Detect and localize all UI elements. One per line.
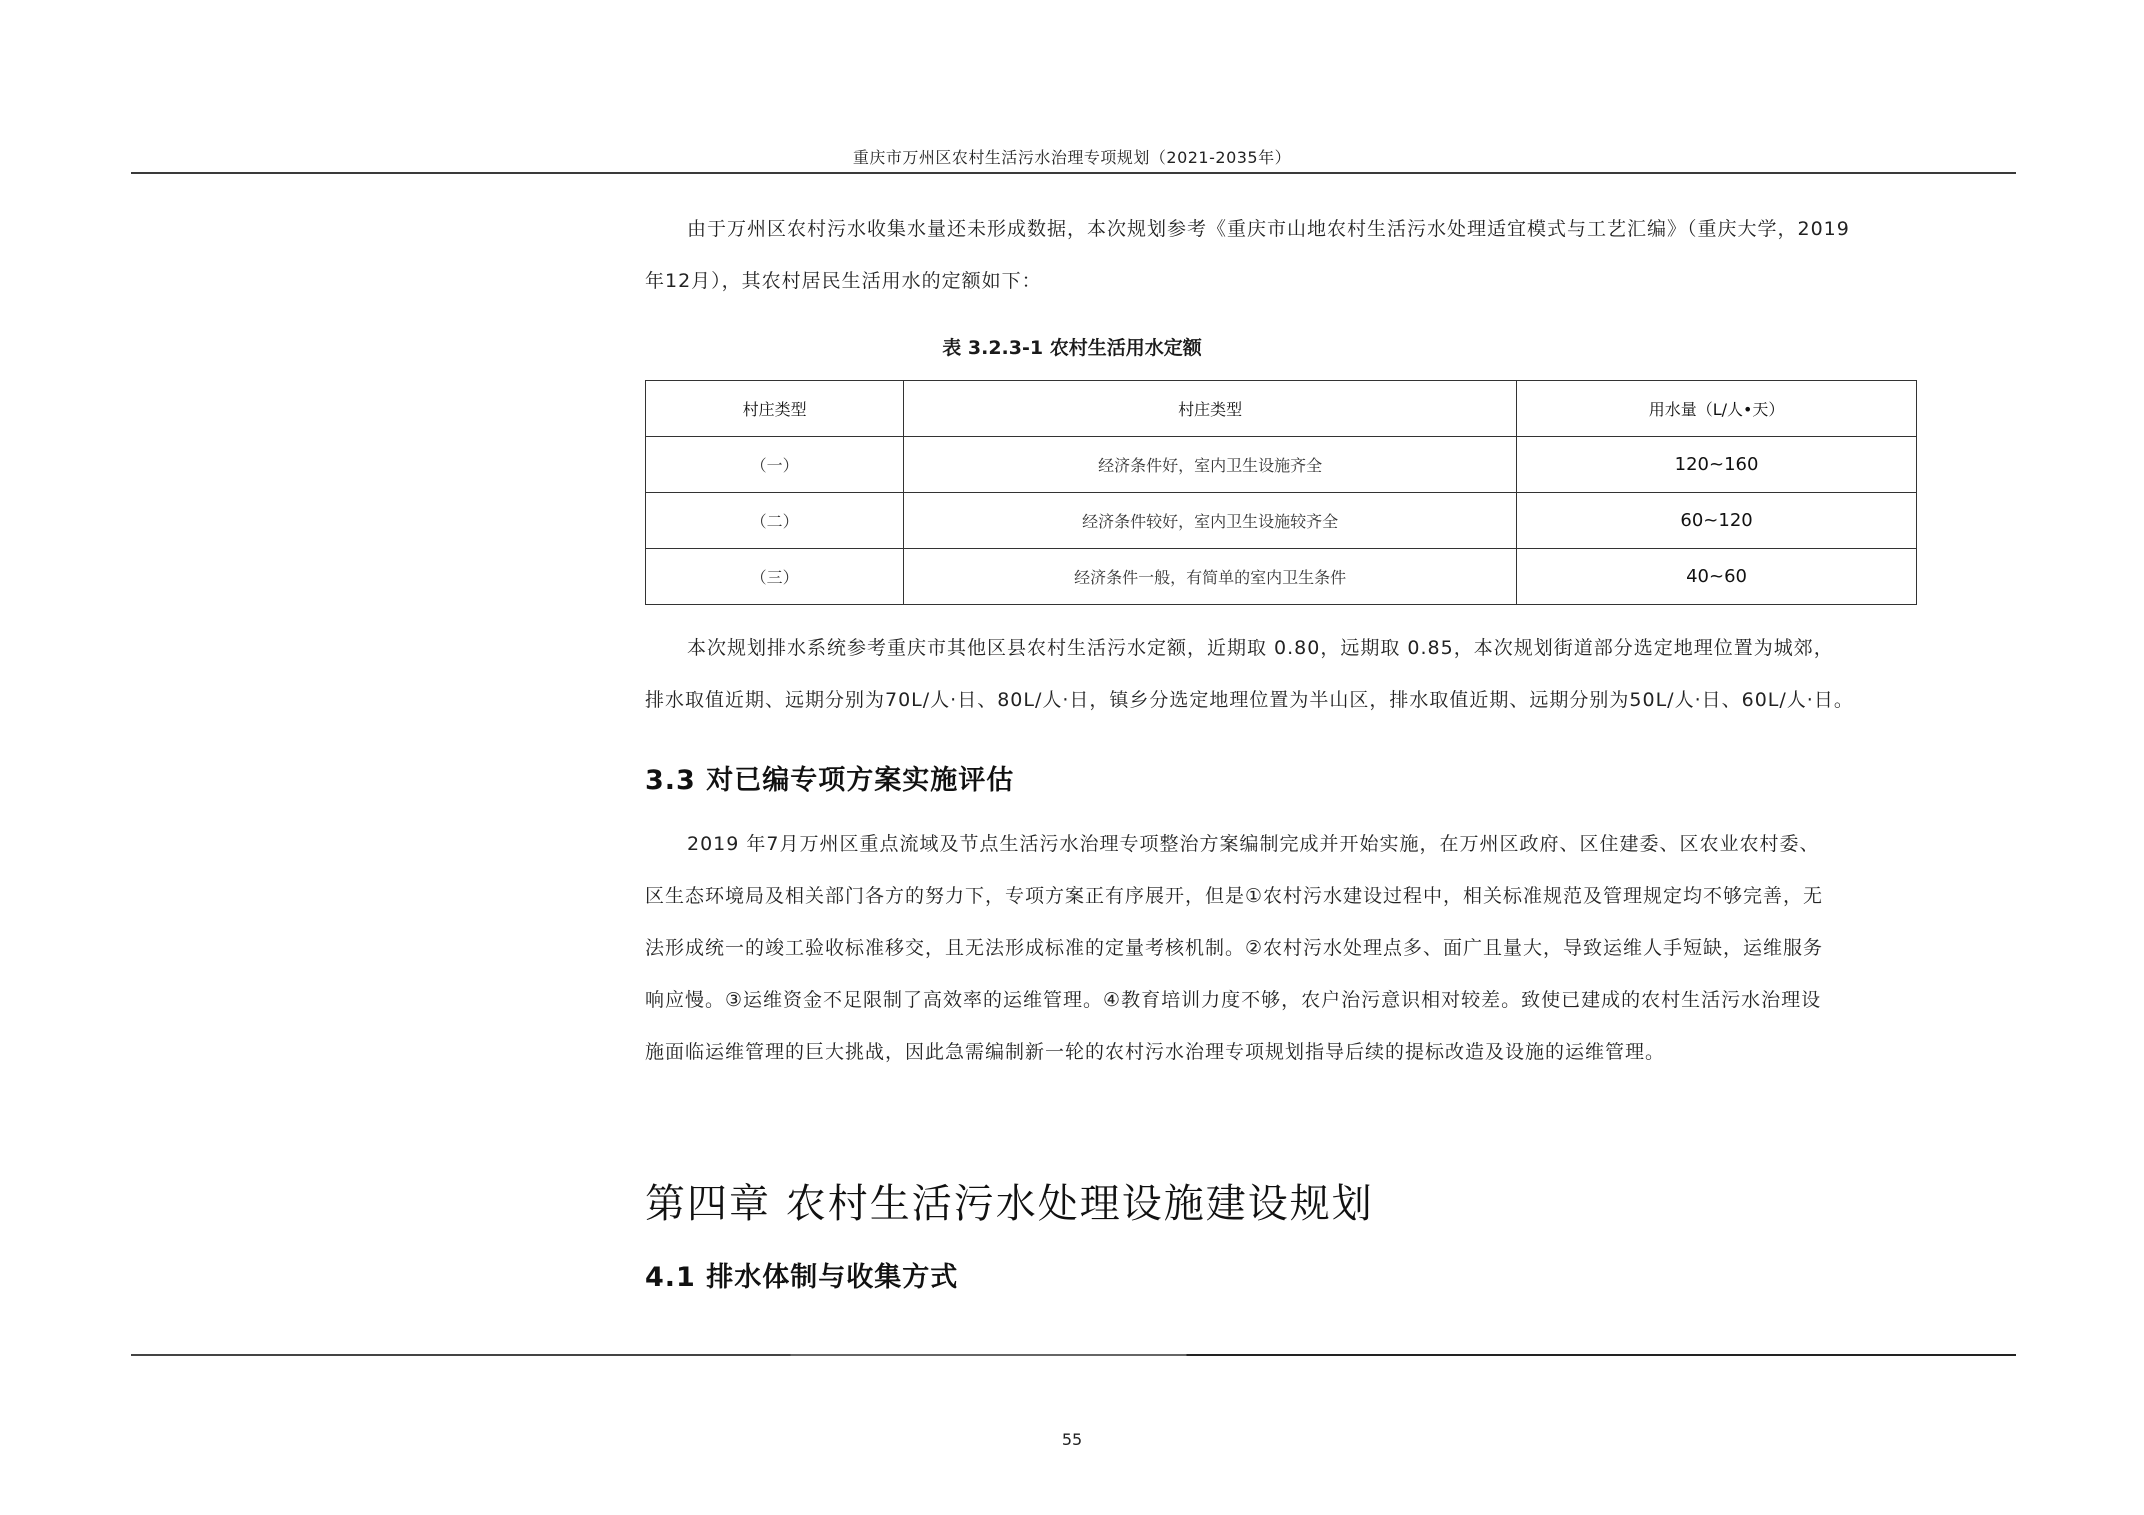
column-header: 村庄类型: [646, 381, 904, 437]
evaluation-paragraph: 2019 年7月万州区重点流域及节点生活污水治理专项整治方案编制完成并开始实施，…: [645, 818, 1917, 1078]
footer-rule: [131, 1354, 2016, 1356]
paragraph-line: 本次规划排水系统参考重庆市其他区县农村生活污水定额，近期取 0.80，远期取 0…: [645, 622, 1917, 674]
paragraph-line: 法形成统一的竣工验收标准移交，且无法形成标准的定量考核机制。②农村污水处理点多、…: [645, 922, 1917, 974]
water-amount-cell: 120~160: [1517, 437, 1917, 493]
page-number: 55: [0, 1430, 2144, 1449]
paragraph-line: 年12月），其农村居民生活用水的定额如下：: [645, 255, 1917, 307]
paragraph-line: 响应慢。③运维资金不足限制了高效率的运维管理。④教育培训力度不够，农户治污意识相…: [645, 974, 1917, 1026]
water-amount-cell: 40~60: [1517, 549, 1917, 605]
paragraph-line: 由于万州区农村污水收集水量还未形成数据，本次规划参考《重庆市山地农村生活污水处理…: [645, 203, 1917, 255]
column-header: 村庄类型: [904, 381, 1517, 437]
running-header: 重庆市万州区农村生活污水治理专项规划（2021-2035年）: [0, 145, 2144, 168]
intro-paragraph: 由于万州区农村污水收集水量还未形成数据，本次规划参考《重庆市山地农村生活污水处理…: [645, 203, 1917, 307]
condition-cell: 经济条件一般，有简单的室内卫生条件: [904, 549, 1517, 605]
paragraph-line: 2019 年7月万州区重点流域及节点生活污水治理专项整治方案编制完成并开始实施，…: [645, 818, 1917, 870]
paragraph-line: 区生态环境局及相关部门各方的努力下，专项方案正有序展开，但是①农村污水建设过程中…: [645, 870, 1917, 922]
paragraph-line: 排水取值近期、远期分别为70L/人·日、80L/人·日，镇乡分选定地理位置为半山…: [645, 674, 1917, 726]
chapter-heading: 第四章 农村生活污水处理设施建设规划: [645, 1172, 1374, 1229]
table-header-row: 村庄类型 村庄类型 用水量（L/人•天）: [646, 381, 1917, 437]
water-quota-table: 村庄类型 村庄类型 用水量（L/人•天） （一） 经济条件好，室内卫生设施齐全 …: [645, 380, 1917, 605]
table-row: （二） 经济条件较好，室内卫生设施较齐全 60~120: [646, 493, 1917, 549]
column-header: 用水量（L/人•天）: [1517, 381, 1917, 437]
water-amount-cell: 60~120: [1517, 493, 1917, 549]
paragraph-line: 施面临运维管理的巨大挑战，因此急需编制新一轮的农村污水治理专项规划指导后续的提标…: [645, 1026, 1917, 1078]
section-heading-3-3: 3.3 对已编专项方案实施评估: [645, 758, 1014, 797]
condition-cell: 经济条件较好，室内卫生设施较齐全: [904, 493, 1517, 549]
table-row: （三） 经济条件一般，有简单的室内卫生条件 40~60: [646, 549, 1917, 605]
village-type-cell: （三）: [646, 549, 904, 605]
section-heading-4-1: 4.1 排水体制与收集方式: [645, 1255, 958, 1294]
condition-cell: 经济条件好，室内卫生设施齐全: [904, 437, 1517, 493]
header-rule: [131, 172, 2016, 174]
table-row: （一） 经济条件好，室内卫生设施齐全 120~160: [646, 437, 1917, 493]
village-type-cell: （二）: [646, 493, 904, 549]
drainage-paragraph: 本次规划排水系统参考重庆市其他区县农村生活污水定额，近期取 0.80，远期取 0…: [645, 622, 1917, 726]
table-caption: 表 3.2.3-1 农村生活用水定额: [0, 333, 2144, 360]
village-type-cell: （一）: [646, 437, 904, 493]
